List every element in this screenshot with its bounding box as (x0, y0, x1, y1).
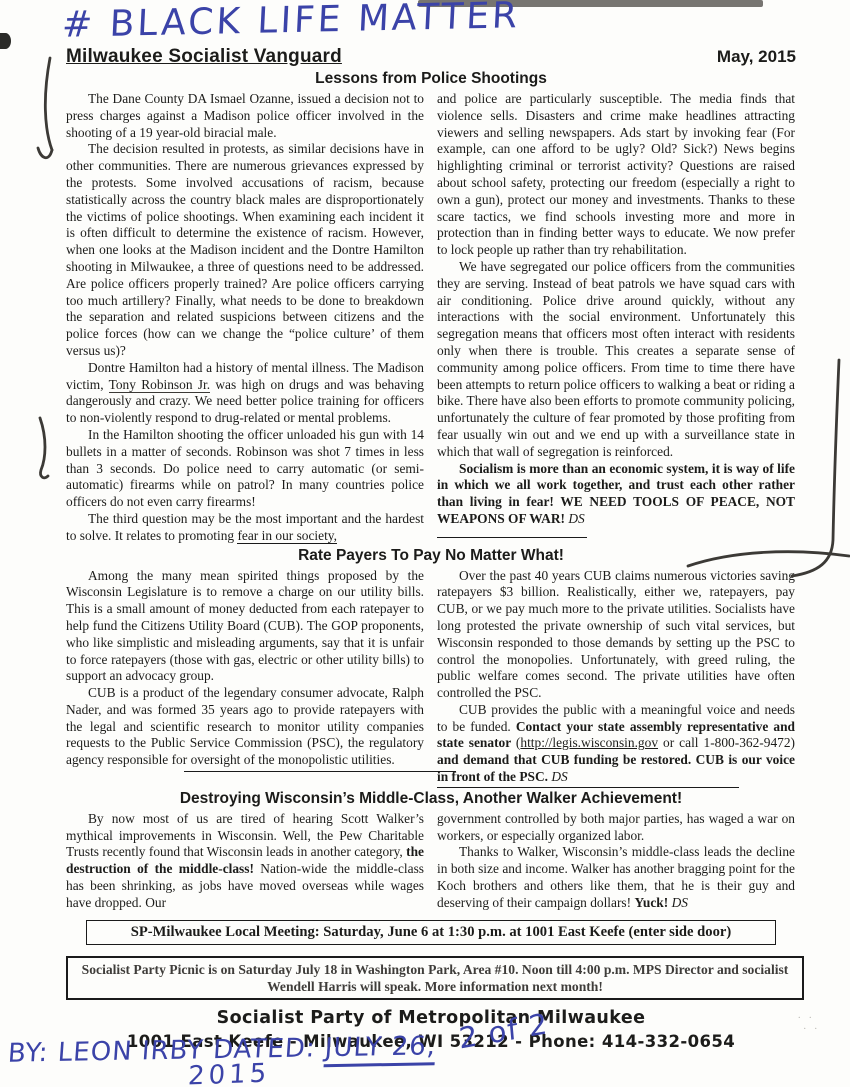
meeting-announcement-box: SP-Milwaukee Local Meeting: Saturday, Ju… (86, 920, 776, 945)
paragraph: By now most of us are tired of hearing S… (66, 811, 424, 912)
paragraph: CUB is a product of the legendary consum… (66, 685, 424, 769)
paragraph: CUB provides the public with a meaningfu… (437, 702, 795, 786)
paragraph: Dontre Hamilton had a history of mental … (66, 360, 424, 427)
paragraph-text: or call 1-800-362-9472) (658, 735, 795, 750)
byline-text: BY: LEON IRBY DATED: (7, 1033, 326, 1069)
paragraph-text: Thanks to Walker, Wisconsin’s middle-cla… (437, 844, 795, 909)
author-initials: DS (551, 769, 567, 784)
scan-artifact-corner (0, 33, 11, 49)
paragraph: The third question may be the most impor… (66, 511, 424, 545)
picnic-announcement-box: Socialist Party Picnic is on Saturday Ju… (66, 956, 804, 1000)
handwritten-date: JULY 26, (323, 1031, 437, 1067)
section-divider (184, 771, 456, 772)
article3-headline: Destroying Wisconsin’s Middle-Class, Ano… (66, 790, 796, 808)
issue-date: May, 2015 (717, 47, 796, 67)
bold-phrase: Yuck! (634, 895, 668, 910)
section-divider (437, 787, 739, 788)
paragraph: Over the past 40 years CUB claims numero… (437, 568, 795, 702)
paragraph: Thanks to Walker, Wisconsin’s middle-cla… (437, 844, 795, 911)
article2-left-column: Among the many mean spirited things prop… (66, 568, 424, 788)
printed-url: http://legis.wisconsin.gov (520, 735, 658, 750)
paragraph: government controlled by both major part… (437, 811, 795, 845)
organization-name: Socialist Party of Metropolitan Milwauke… (66, 1008, 796, 1028)
pen-underlined-name: Tony Robinson Jr. (109, 377, 210, 393)
paragraph-text: By now most of us are tired of hearing S… (66, 811, 424, 860)
article2-columns: Among the many mean spirited things prop… (66, 568, 796, 788)
article2-headline: Rate Payers To Pay No Matter What! (66, 547, 796, 565)
pen-stroke-left-mid (40, 418, 48, 478)
article1-columns: The Dane County DA Ismael Ozanne, issued… (66, 91, 796, 545)
paragraph: The Dane County DA Ismael Ozanne, issued… (66, 91, 424, 141)
paragraph: We have segregated our police officers f… (437, 259, 795, 461)
paragraph: The decision resulted in protests, as si… (66, 141, 424, 359)
scan-artifact-dots: . . . . (798, 1010, 844, 1044)
newsletter-page: . . . . # BLACK LIFE MATTER Milwaukee So… (0, 0, 850, 1087)
handwritten-year: 2015 (187, 1059, 271, 1087)
pen-stroke-left-top-curl (38, 148, 52, 158)
article2-right-column: Over the past 40 years CUB claims numero… (437, 568, 795, 788)
paragraph: Socialism is more than an economic syste… (437, 461, 795, 528)
article1-right-column: and police are particularly susceptible.… (437, 91, 795, 545)
author-initials: DS (568, 511, 584, 526)
bold-closing: Socialism is more than an economic syste… (437, 461, 795, 526)
author-initials: DS (672, 895, 688, 910)
bold-call-to-action: and demand that CUB funding be restored.… (437, 752, 795, 784)
paragraph: and police are particularly susceptible.… (437, 91, 795, 259)
section-divider (437, 537, 587, 538)
article1-headline: Lessons from Police Shootings (66, 70, 796, 88)
pen-stroke-right-bracket (792, 360, 839, 576)
article3-left-column: By now most of us are tired of hearing S… (66, 811, 424, 912)
underlined-phrase: fear in our society, (237, 528, 337, 544)
masthead: Milwaukee Socialist Vanguard May, 2015 (66, 46, 796, 68)
paragraph: In the Hamilton shooting the officer unl… (66, 427, 424, 511)
page-content: Milwaukee Socialist Vanguard May, 2015 L… (66, 46, 796, 1051)
publication-title: Milwaukee Socialist Vanguard (66, 46, 342, 68)
pen-stroke-left-top (45, 58, 52, 150)
paragraph: Among the many mean spirited things prop… (66, 568, 424, 686)
article1-left-column: The Dane County DA Ismael Ozanne, issued… (66, 91, 424, 545)
handwritten-headline: # BLACK LIFE MATTER (61, 0, 521, 46)
article3-columns: By now most of us are tired of hearing S… (66, 811, 796, 912)
article3-right-column: government controlled by both major part… (437, 811, 795, 912)
